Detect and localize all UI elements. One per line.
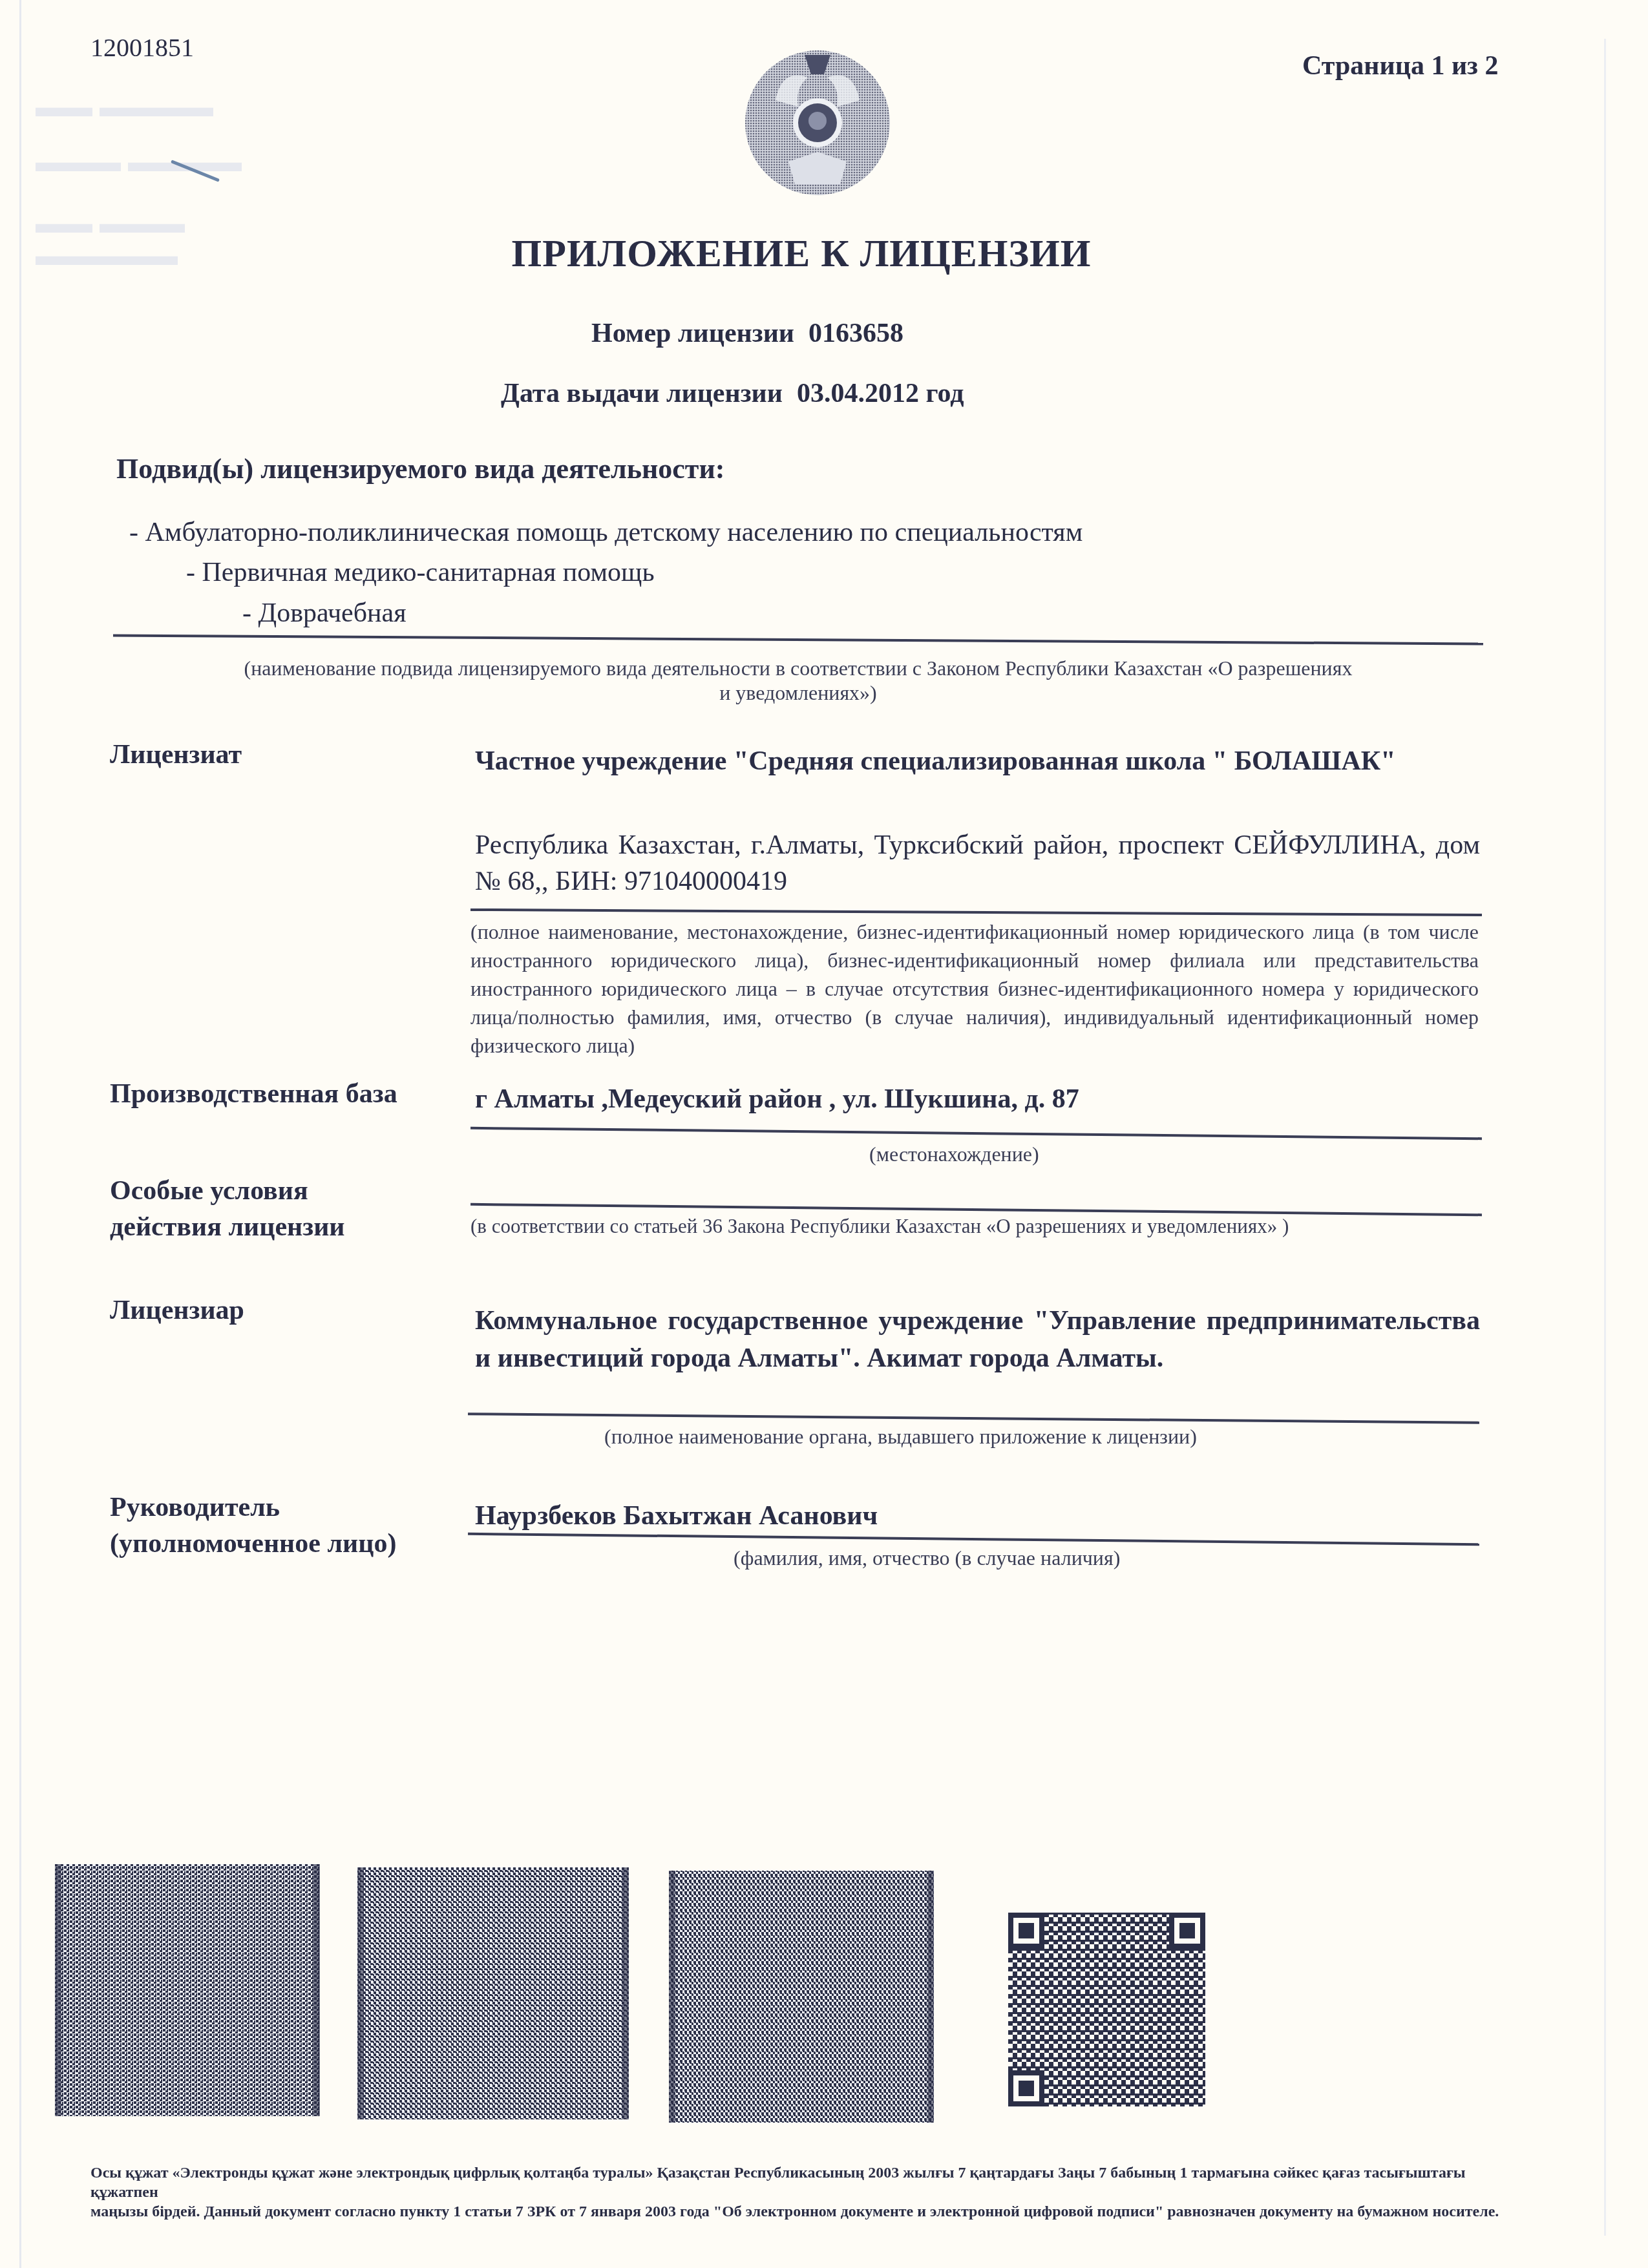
licensor-value: Коммунальное государственное учреждение … [475, 1302, 1480, 1377]
bleed-through-text: ▬▬▬ ▬▬▬▬ [36, 145, 242, 178]
bleed-through-text: ▬▬ ▬▬▬▬ [36, 90, 213, 123]
page-indicator: Страница 1 из 2 [1302, 50, 1498, 81]
document-number: 12001851 [90, 32, 194, 63]
subtypes-caption: (наименование подвида лицензируемого вид… [113, 656, 1483, 705]
caption-line: и уведомлениях») [113, 680, 1483, 705]
footer-line-ru: маңызы бірдей. Данный документ согласно … [90, 2202, 1532, 2221]
head-caption: (фамилия, имя, отчество (в случае наличи… [734, 1546, 1120, 1570]
licensor-label: Лицензиар [110, 1292, 244, 1328]
head-label: Руководитель (уполномоченное лицо) [110, 1489, 396, 1562]
special-conditions-caption: (в соответствии со статьей 36 Закона Рес… [470, 1215, 1289, 1238]
license-date-label: Дата выдачи лицензии [501, 379, 783, 408]
licensee-name: Частное учреждение "Средняя специализиро… [475, 743, 1480, 779]
production-base-caption: (местонахождение) [869, 1142, 1039, 1166]
licensee-label: Лицензиат [110, 737, 242, 773]
underline [470, 1127, 1482, 1140]
scan-edge-left [19, 0, 21, 2268]
barcode-1-icon [55, 1864, 320, 2116]
qr-code-icon [1008, 1913, 1205, 2106]
state-emblem-icon [737, 42, 898, 204]
special-conditions-label: Особые условия действия лицензии [110, 1173, 345, 1245]
subtype-item: - Доврачебная [242, 598, 407, 629]
license-date-row: Дата выдачи лицензии03.04.2012 год [501, 378, 964, 409]
barcode-3-icon [669, 1871, 934, 2123]
scan-edge-right [1604, 39, 1606, 2236]
subtype-item: - Амбулаторно-поликлиническая помощь дет… [129, 517, 1083, 548]
license-date-value: 03.04.2012 год [797, 379, 964, 408]
production-base-value: г Алматы ,Медеуский район , ул. Шукшина,… [475, 1081, 1480, 1117]
licensor-caption: (полное наименование органа, выдавшего п… [604, 1425, 1197, 1449]
subtype-item: - Первичная медико-санитарная помощь [186, 557, 655, 588]
license-number-value: 0163658 [808, 319, 903, 348]
legal-footer: Осы құжат «Электронды құжат және электро… [90, 2163, 1532, 2221]
label-line: действия лицензии [110, 1209, 345, 1245]
underline [113, 635, 1483, 646]
underline [468, 1412, 1479, 1424]
label-line: Особые условия [110, 1173, 345, 1209]
subtypes-heading: Подвид(ы) лицензируемого вида деятельнос… [116, 452, 724, 485]
licensee-caption: (полное наименование, местонахождение, б… [470, 918, 1479, 1060]
label-line: (уполномоченное лицо) [110, 1526, 396, 1562]
license-number-label: Номер лицензии [591, 319, 794, 348]
footer-line-kz: Осы құжат «Электронды құжат және электро… [90, 2163, 1532, 2202]
head-value: Наурзбеков Бахытжан Асанович [475, 1498, 1480, 1534]
underline [470, 908, 1482, 916]
underline [468, 1533, 1479, 1546]
license-number-row: Номер лицензии0163658 [591, 318, 903, 349]
licensee-address: Республика Казахстан, г.Алматы, Турксибс… [475, 827, 1480, 899]
label-line: Руководитель [110, 1489, 396, 1526]
barcode-2-icon [357, 1867, 629, 2119]
document-title: ПРИЛОЖЕНИЕ К ЛИЦЕНЗИИ [0, 231, 1603, 276]
caption-line: (наименование подвида лицензируемого вид… [113, 656, 1483, 680]
production-base-label: Производственная база [110, 1076, 397, 1112]
